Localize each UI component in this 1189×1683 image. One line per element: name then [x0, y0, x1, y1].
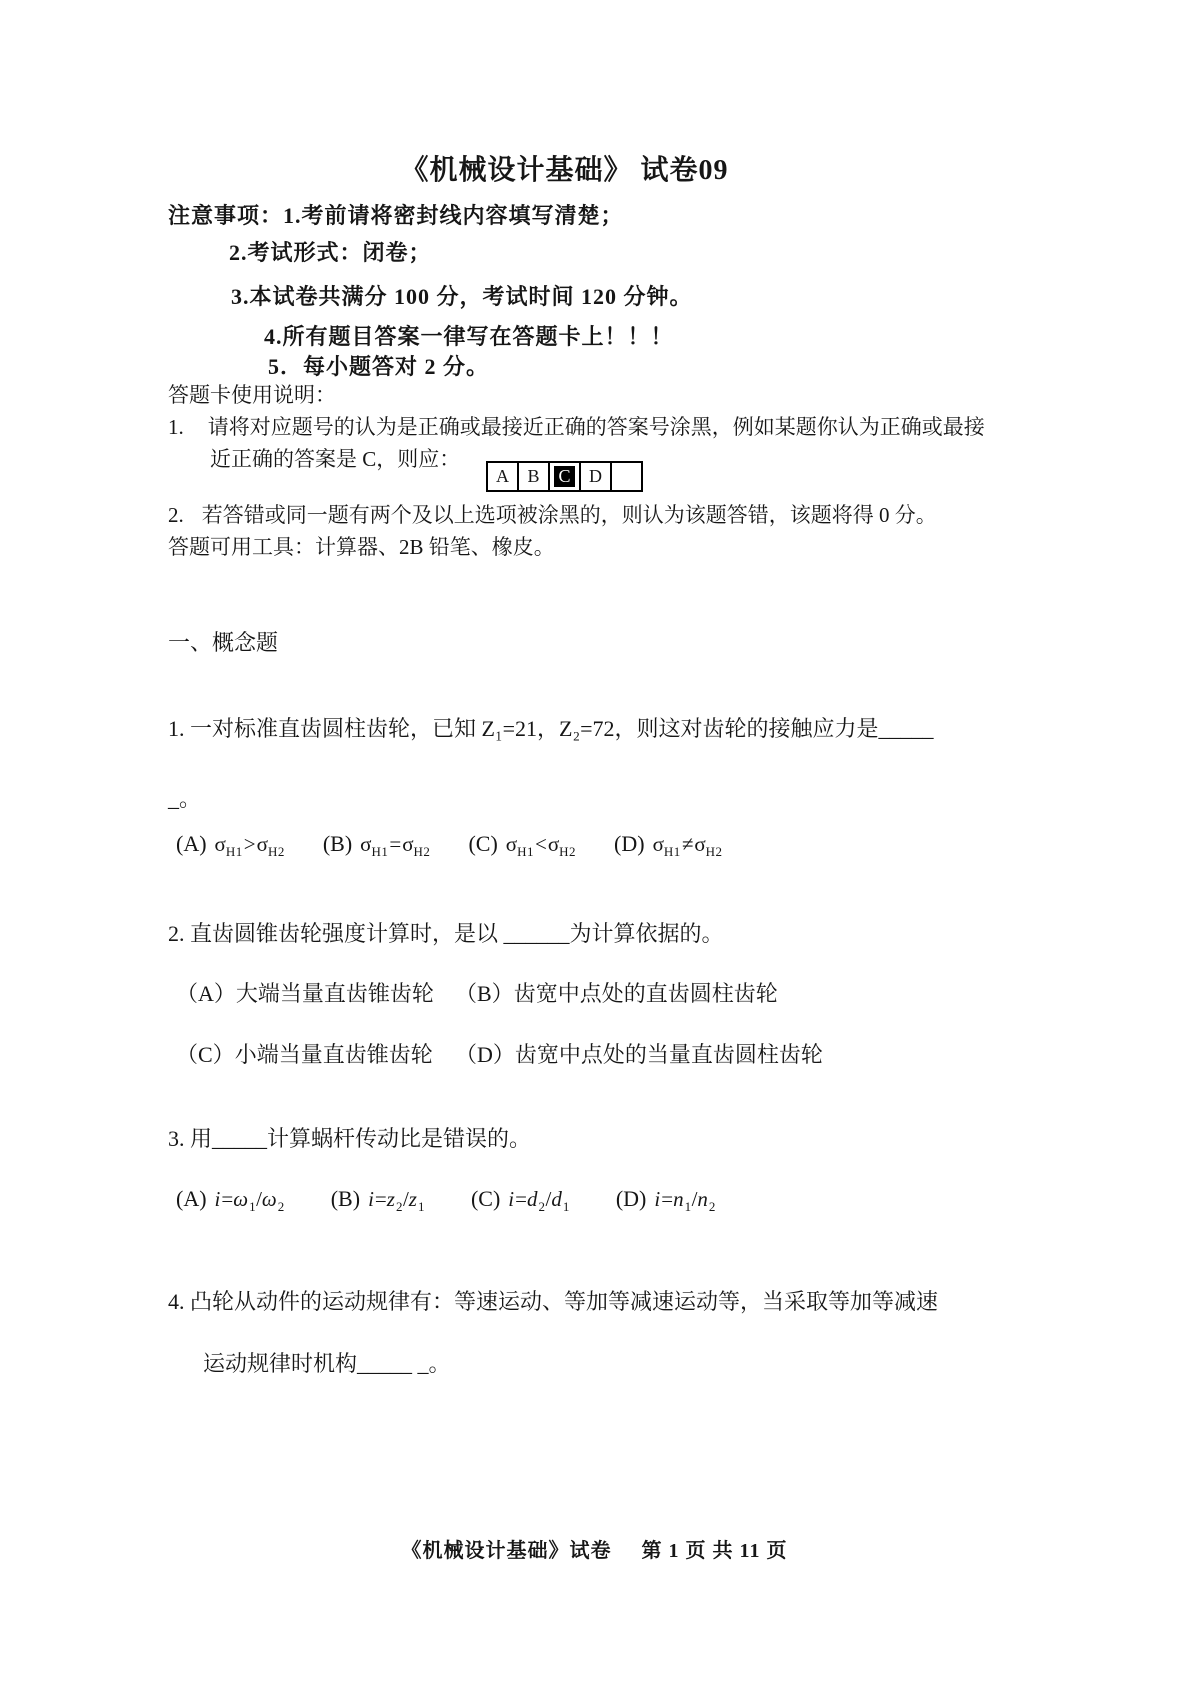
section-1-heading: 一、概念题 [168, 626, 278, 657]
question-3-text: 3. 用_____计算蜗杆传动比是错误的。 [168, 1122, 531, 1153]
question-1-line-1: 1. 一对标准直齿圆柱齿轮，已知 Z₁=21，Z₂=72，则这对齿轮的接触应力是… [168, 712, 934, 743]
cell-letter: B [527, 466, 539, 487]
notice-lead: 注意事项： [168, 199, 283, 230]
notice-item-2: 2.考试形式：闭卷； [229, 236, 432, 267]
item-text: 若答错或同一题有两个及以上选项被涂黑的，则认为该题答错，该题将得 0 分。 [202, 499, 937, 529]
option-label: （C） [176, 1038, 235, 1069]
option-label: （B） [455, 977, 514, 1008]
option-label: （D） [455, 1038, 515, 1069]
exam-page: 《机械设计基础》 试卷09 注意事项：1.考前请将密封线内容填写清楚； 2.考试… [0, 0, 1189, 1683]
answer-card-tools: 答题可用工具：计算器、2B 铅笔、橡皮。 [168, 531, 555, 561]
option-formula: σH1>σH2 [215, 832, 285, 860]
answer-card-item-1-line-1: 1. 请将对应题号的认为是正确或最接近正确的答案号涂黑，例如某题你认为正确或最接 [168, 411, 985, 441]
option-text: 小端当量直齿锥齿轮 [235, 1038, 433, 1069]
answer-box-cell-empty [612, 463, 641, 490]
cell-letter-filled: C [554, 466, 574, 487]
item-text: 请将对应题号的认为是正确或最接近正确的答案号涂黑，例如某题你认为正确或最接 [208, 411, 985, 441]
answer-card-heading: 答题卡使用说明： [168, 379, 336, 409]
page-footer: 《机械设计基础》试卷 第 1 页 共 11 页 [0, 1534, 1189, 1563]
notice-item-5: 5．每小题答对 2 分。 [268, 350, 489, 381]
q2-option-b: （B）齿宽中点处的直齿圆柱齿轮 [455, 977, 778, 1008]
item-number: 2. [168, 503, 184, 528]
notice-item-3: 3.本试卷共满分 100 分，考试时间 120 分钟。 [231, 280, 693, 311]
q3-option-b: (B) i=z2/z1 [331, 1186, 425, 1215]
q2-option-c: （C）小端当量直齿锥齿轮 [176, 1038, 433, 1069]
answer-card-item-2: 2. 若答错或同一题有两个及以上选项被涂黑的，则认为该题答错，该题将得 0 分。 [168, 499, 937, 529]
option-label: (B) [331, 1186, 360, 1212]
question-1-line-2: _。 [168, 782, 201, 813]
q1-option-c: (C) σH1<σH2 [468, 831, 576, 860]
question-4-line-2: 运动规律时机构_____ _。 [203, 1347, 451, 1378]
cell-letter: D [589, 466, 602, 487]
notice-item-1: 1.考前请将密封线内容填写清楚； [283, 199, 624, 230]
answer-box-cell-d: D [581, 463, 612, 490]
option-label: (B) [323, 831, 352, 857]
option-text: 齿宽中点处的直齿圆柱齿轮 [514, 977, 778, 1008]
option-label: (A) [176, 831, 207, 857]
question-4-line-1: 4. 凸轮从动件的运动规律有：等速运动、等加等减速运动等，当采取等加等减速 [168, 1285, 938, 1316]
answer-card-item-1-line-2: 近正确的答案是 C，则应： [210, 443, 460, 473]
option-label: （A） [176, 977, 236, 1008]
option-formula: σH1<σH2 [506, 832, 576, 860]
q2-option-a: （A）大端当量直齿锥齿轮 [176, 977, 434, 1008]
q2-option-d: （D）齿宽中点处的当量直齿圆柱齿轮 [455, 1038, 823, 1069]
q3-option-c: (C) i=d2/d1 [471, 1186, 570, 1215]
q3-option-a: (A) i=ω1/ω2 [176, 1186, 285, 1215]
answer-box-cell-a: A [488, 463, 519, 490]
option-label: (D) [614, 831, 645, 857]
notice-line-1: 注意事项：1.考前请将密封线内容填写清楚； [168, 199, 624, 230]
q1-option-d: (D) σH1≠σH2 [614, 831, 723, 860]
footer-page-number: 第 1 页 共 11 页 [642, 1540, 788, 1562]
option-label: (C) [468, 831, 497, 857]
option-formula: σH1≠σH2 [653, 832, 723, 860]
option-formula: i=d2/d1 [508, 1187, 570, 1215]
option-formula: i=z2/z1 [368, 1187, 425, 1215]
footer-title: 《机械设计基础》试卷 [402, 1540, 612, 1562]
option-formula: σH1=σH2 [360, 832, 430, 860]
question-2-text: 2. 直齿圆锥齿轮强度计算时，是以 ______为计算依据的。 [168, 917, 724, 948]
q1-option-b: (B) σH1=σH2 [323, 831, 431, 860]
answer-box-cell-c-filled: C [550, 463, 581, 490]
option-label: (A) [176, 1186, 207, 1212]
item-number: 1. [168, 415, 184, 440]
question-1-options: (A) σH1>σH2 (B) σH1=σH2 (C) σH1<σH2 (D) … [176, 831, 761, 860]
answer-box-cell-b: B [519, 463, 550, 490]
option-text: 大端当量直齿锥齿轮 [236, 977, 434, 1008]
option-formula: i=n1/n2 [654, 1187, 716, 1215]
page-title: 《机械设计基础》 试卷09 [0, 148, 1129, 188]
q3-option-d: (D) i=n1/n2 [616, 1186, 716, 1215]
q1-option-a: (A) σH1>σH2 [176, 831, 285, 860]
option-text: 齿宽中点处的当量直齿圆柱齿轮 [515, 1038, 823, 1069]
option-label: (C) [471, 1186, 500, 1212]
question-3-options: (A) i=ω1/ω2 (B) i=z2/z1 (C) i=d2/d1 (D) … [176, 1186, 762, 1215]
option-formula: i=ω1/ω2 [215, 1187, 285, 1215]
option-label: (D) [616, 1186, 647, 1212]
cell-letter: A [496, 466, 509, 487]
answer-box: A B C D [486, 461, 643, 492]
notice-item-4: 4.所有题目答案一律写在答题卡上！！！ [264, 320, 674, 351]
